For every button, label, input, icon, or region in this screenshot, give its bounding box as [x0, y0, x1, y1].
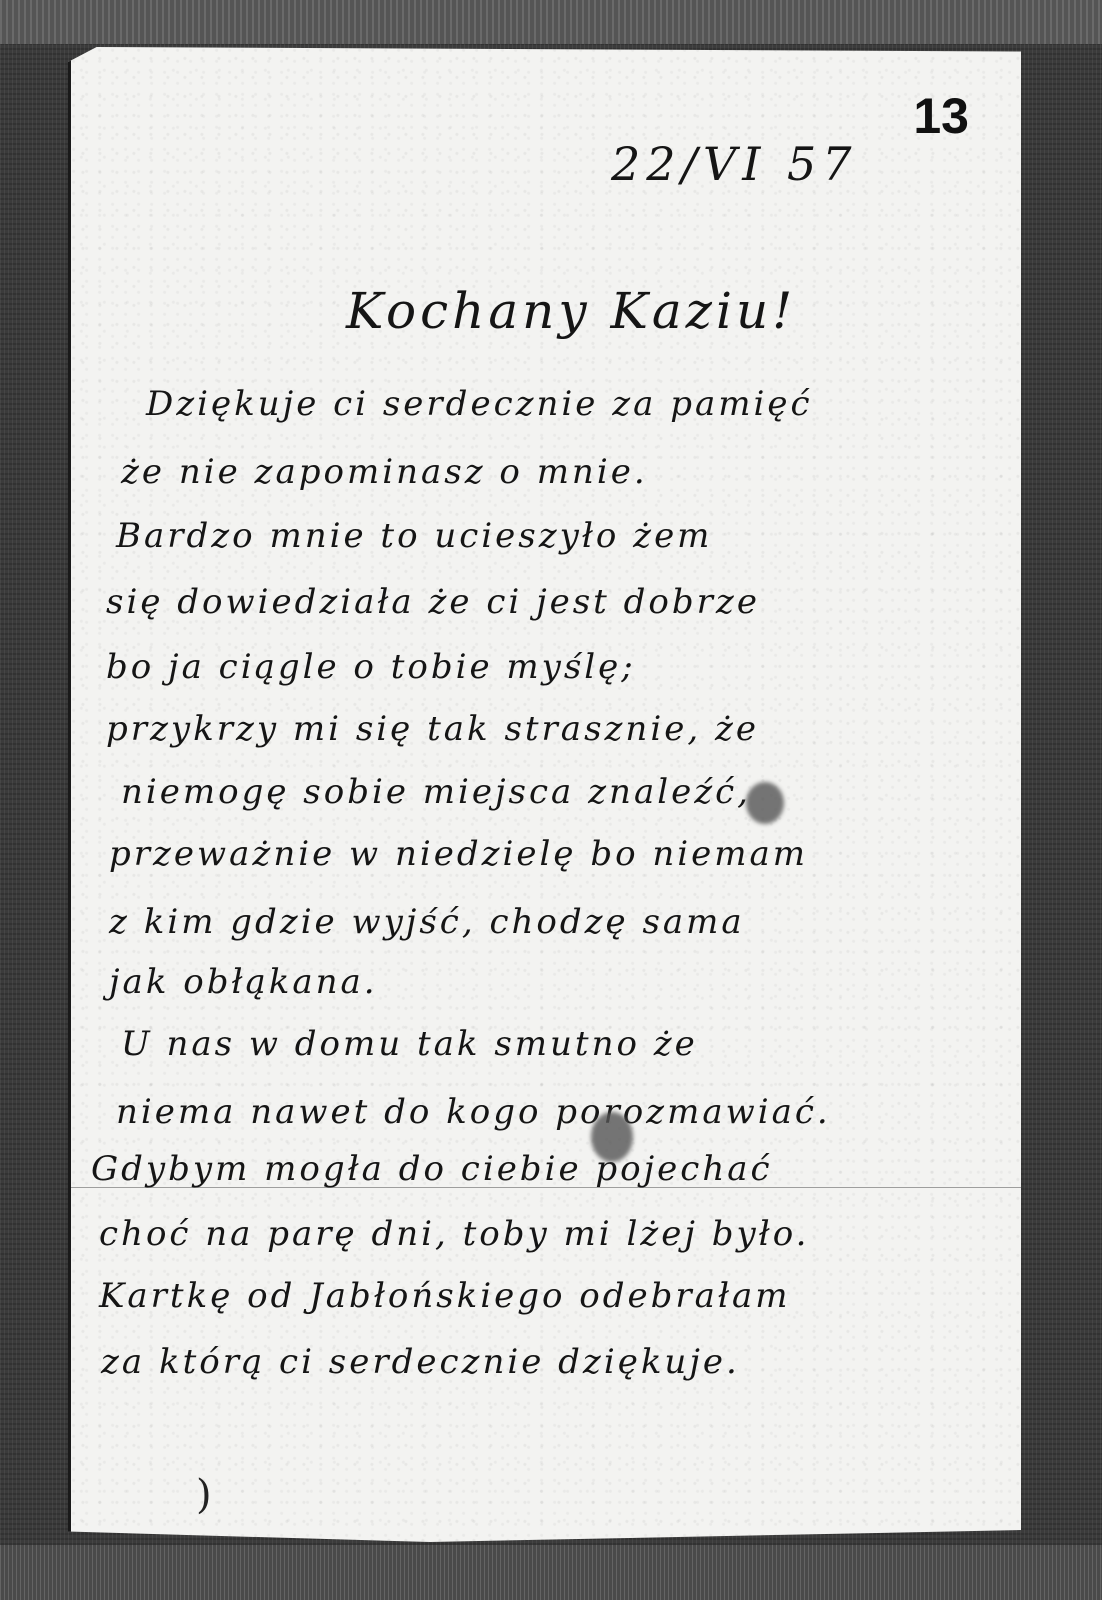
- letter-line: za którą ci serdecznie dziękuje.: [101, 1345, 740, 1379]
- letter-line: przykrzy mi się tak strasznie, że: [106, 712, 759, 746]
- letter-line: bo ja ciągle o tobie myślę;: [106, 650, 636, 684]
- letter-date: 22/VI 57: [611, 137, 858, 191]
- scan-background-bottom: [0, 1545, 1102, 1600]
- letter-line: Dziękuje ci serdecznie za pamięć: [146, 387, 813, 421]
- ink-blot: [746, 782, 784, 824]
- letter-line: Bardzo mnie to ucieszyło żem: [116, 519, 712, 553]
- letter-line: niemogę sobie miejsca znaleźć,: [121, 775, 751, 809]
- letter-line: Gdybym mogła do ciebie pojechać: [91, 1152, 773, 1186]
- letter-line: jak obłąkana.: [109, 965, 378, 999]
- stray-pen-mark: ): [196, 1472, 212, 1518]
- letter-salutation: Kochany Kaziu!: [346, 282, 796, 340]
- letter-line: niema nawet do kogo porozmawiać.: [116, 1095, 831, 1129]
- letter-line: że nie zapominasz o mnie.: [121, 455, 648, 489]
- letter-line: z kim gdzie wyjść, chodzę sama: [109, 905, 745, 939]
- ink-blot: [591, 1112, 633, 1162]
- letter-paper: 13 22/VI 57 Kochany Kaziu! Dziękuje ci s…: [68, 47, 1021, 1542]
- letter-line: przeważnie w niedzielę bo niemam: [109, 837, 808, 871]
- letter-line: U nas w domu tak smutno że: [121, 1027, 698, 1061]
- page-number: 13: [913, 87, 969, 145]
- letter-line: choć na parę dni, toby mi lżej było.: [99, 1217, 809, 1251]
- scan-background-top: [0, 0, 1102, 44]
- letter-line: się dowiedziała że ci jest dobrze: [106, 585, 760, 619]
- letter-line: Kartkę od Jabłońskiego odebrałam: [99, 1279, 790, 1313]
